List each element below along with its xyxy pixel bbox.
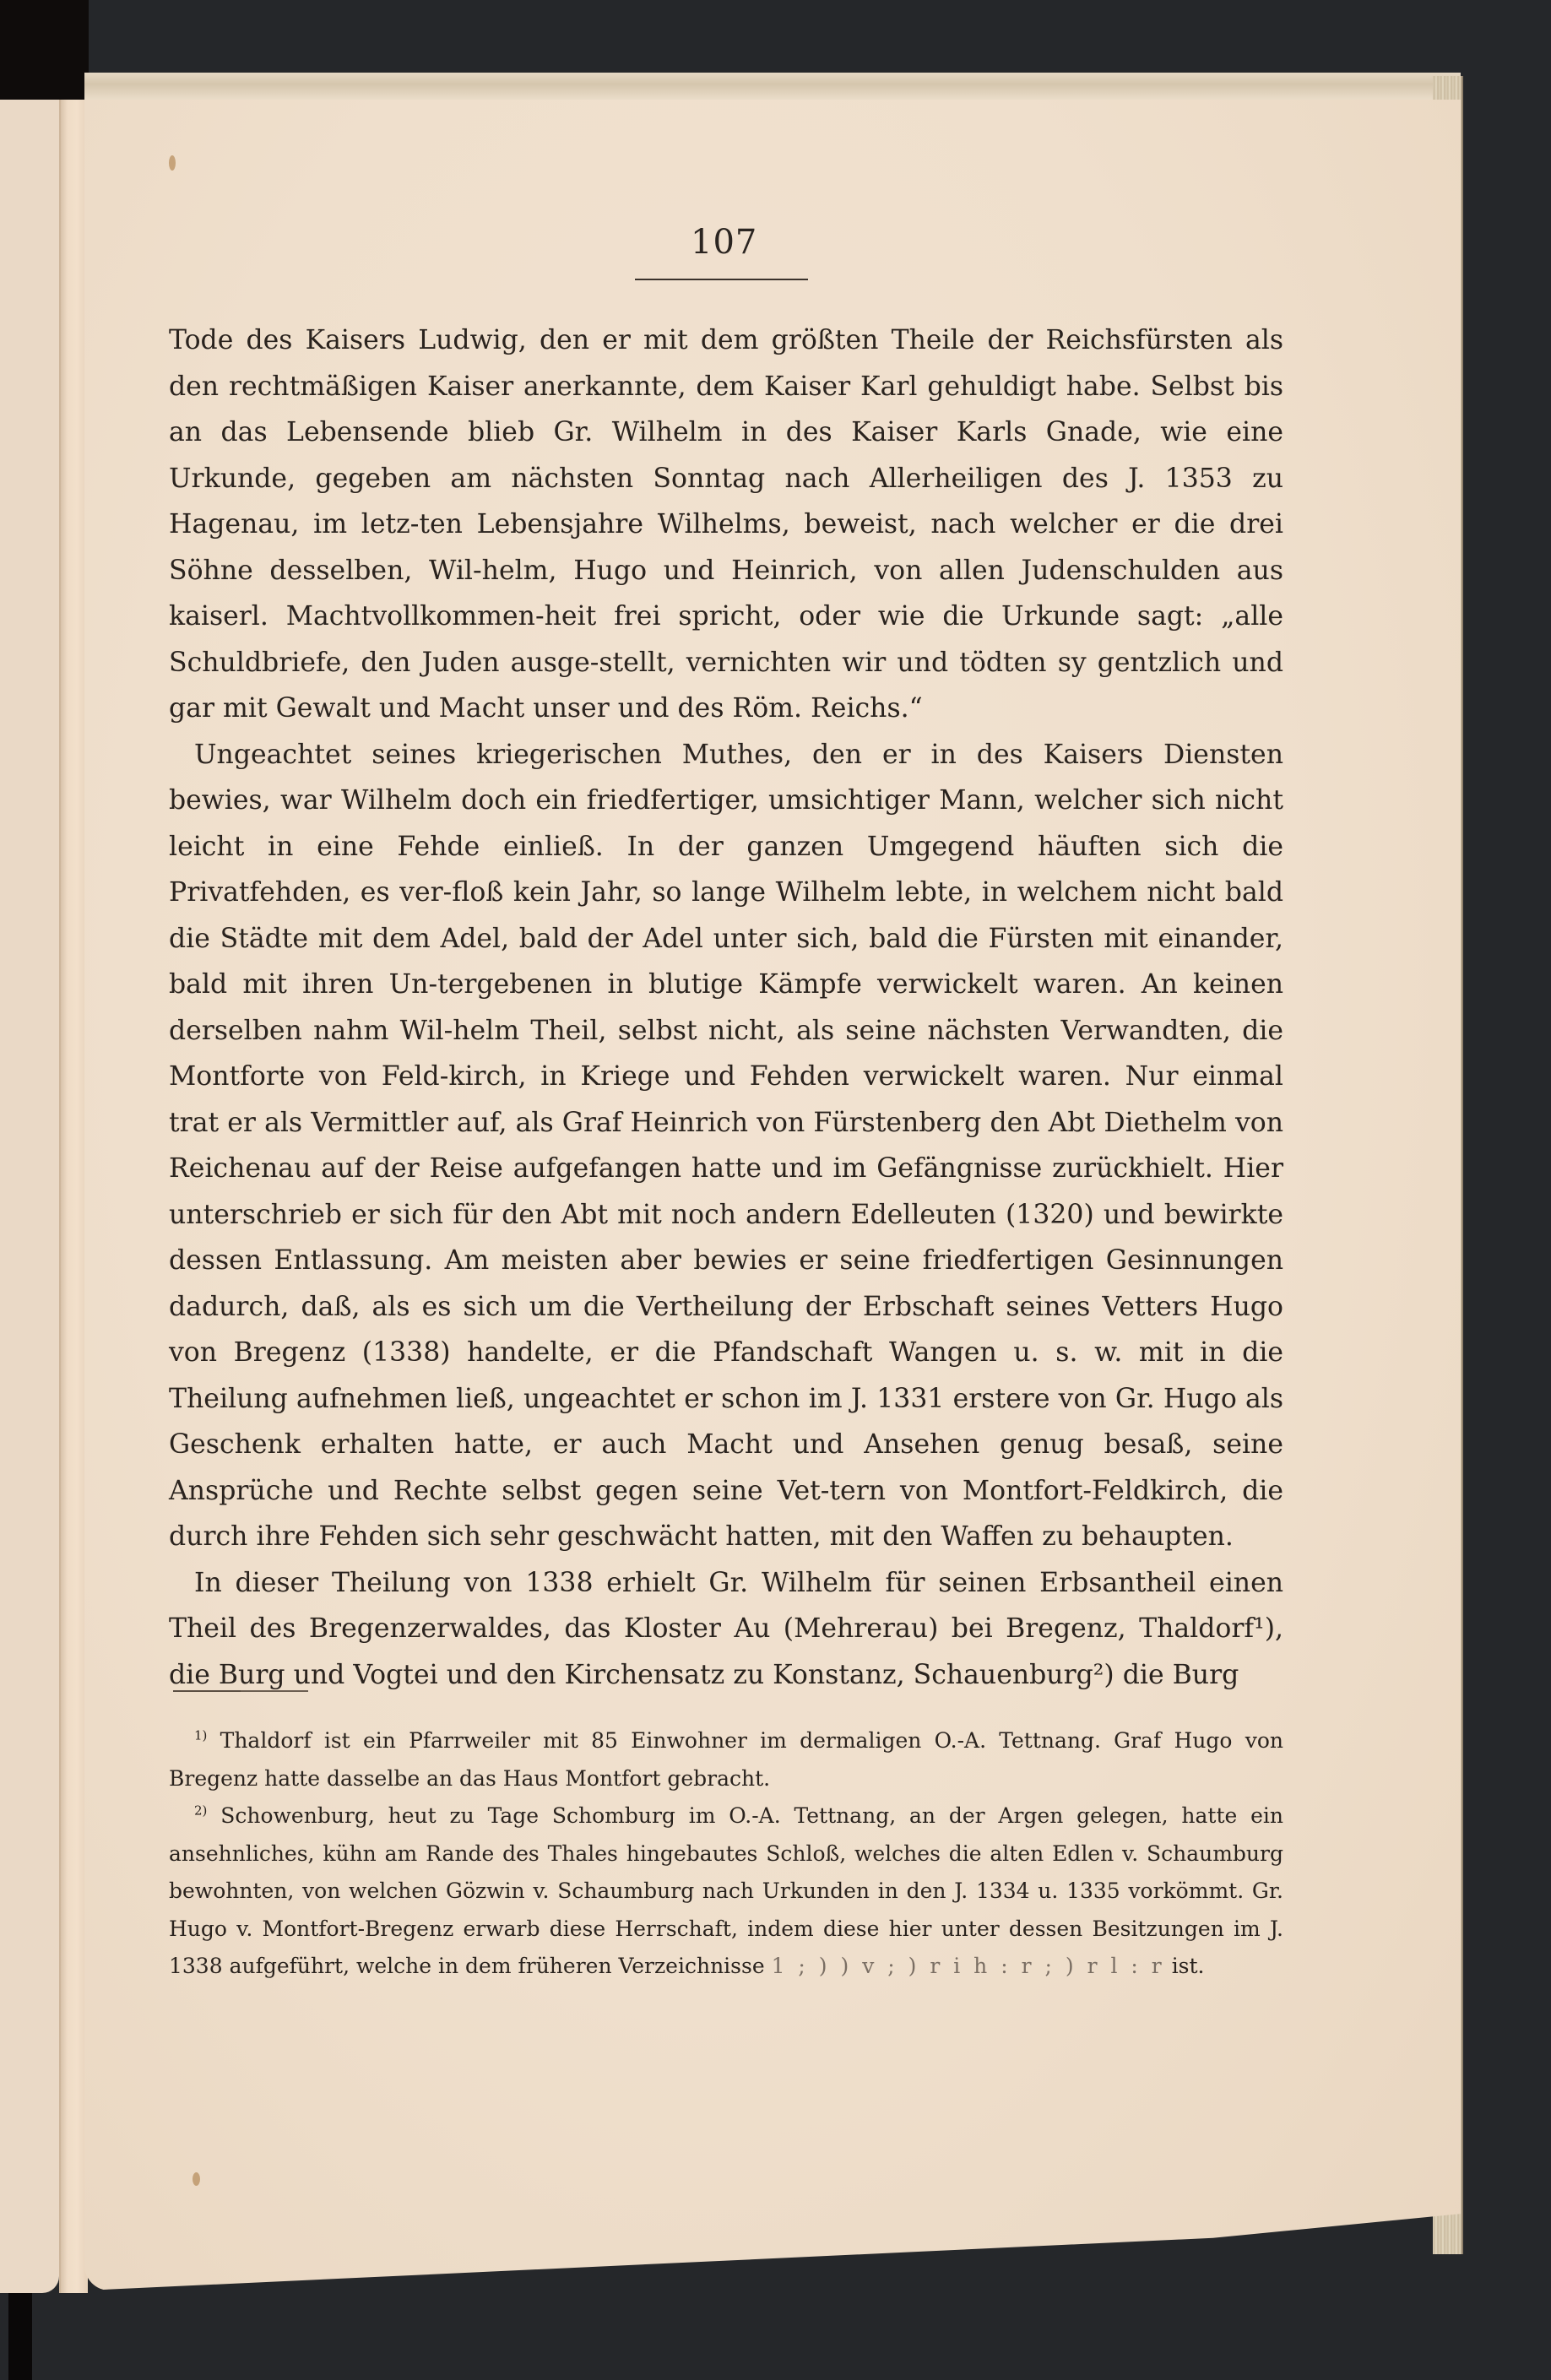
- footnote-1: 1) Thaldorf ist ein Pfarrweiler mit 85 E…: [169, 1722, 1283, 1797]
- footnotes: 1) Thaldorf ist ein Pfarrweiler mit 85 E…: [169, 1722, 1283, 1986]
- footnote-marker: 1): [194, 1728, 207, 1743]
- footnote-marker: 2): [194, 1803, 207, 1819]
- text-line: Thaldorf ist ein Pfarrweiler mit 85 Einw…: [220, 1728, 1162, 1753]
- paper-stain: [193, 2172, 200, 2186]
- facing-page-strip: [0, 100, 59, 2293]
- paragraph: In dieser Theilung von 1338 erhielt Gr. …: [169, 1560, 1283, 1699]
- faded-text: 1 ; ) ) v ; ) r i h : r ; ) r l : r: [772, 1954, 1165, 1978]
- paper-stain: [169, 155, 176, 171]
- footnote-2: 2) Schowenburg, heut zu Tage Schomburg i…: [169, 1797, 1283, 1986]
- header-rule: [635, 279, 808, 280]
- footnote-rule: [173, 1690, 241, 1692]
- body-text: Tode des Kaisers Ludwig, den er mit dem …: [169, 317, 1283, 1698]
- text-line: und des Röm. Reichs.“: [618, 693, 923, 724]
- text-line: Schowenburg, heut zu Tage Schomburg im O…: [220, 1803, 1168, 1828]
- text-line: Theil des Bregenzerwaldes, das Kloster A…: [169, 1613, 1283, 1644]
- text-line: In dieser Theilung von 1338 erhielt Gr. …: [194, 1568, 1283, 1598]
- text-line: ist.: [1172, 1954, 1205, 1978]
- paragraph: Tode des Kaisers Ludwig, den er mit dem …: [169, 317, 1283, 732]
- book-gutter: [59, 100, 88, 2293]
- text-line: den Waffen zu behaupten.: [882, 1521, 1234, 1552]
- paragraph: Ungeachtet seines kriegerischen Muthes, …: [169, 732, 1283, 1560]
- background-shadow: [8, 2288, 32, 2380]
- text-line: die Burg und Vogtei und den Kirchensatz …: [169, 1660, 1239, 1690]
- page-top-edge: [84, 73, 1461, 101]
- footnote-rule: [241, 1690, 308, 1692]
- page-number: 107: [691, 223, 757, 262]
- background-shadow: [0, 0, 89, 100]
